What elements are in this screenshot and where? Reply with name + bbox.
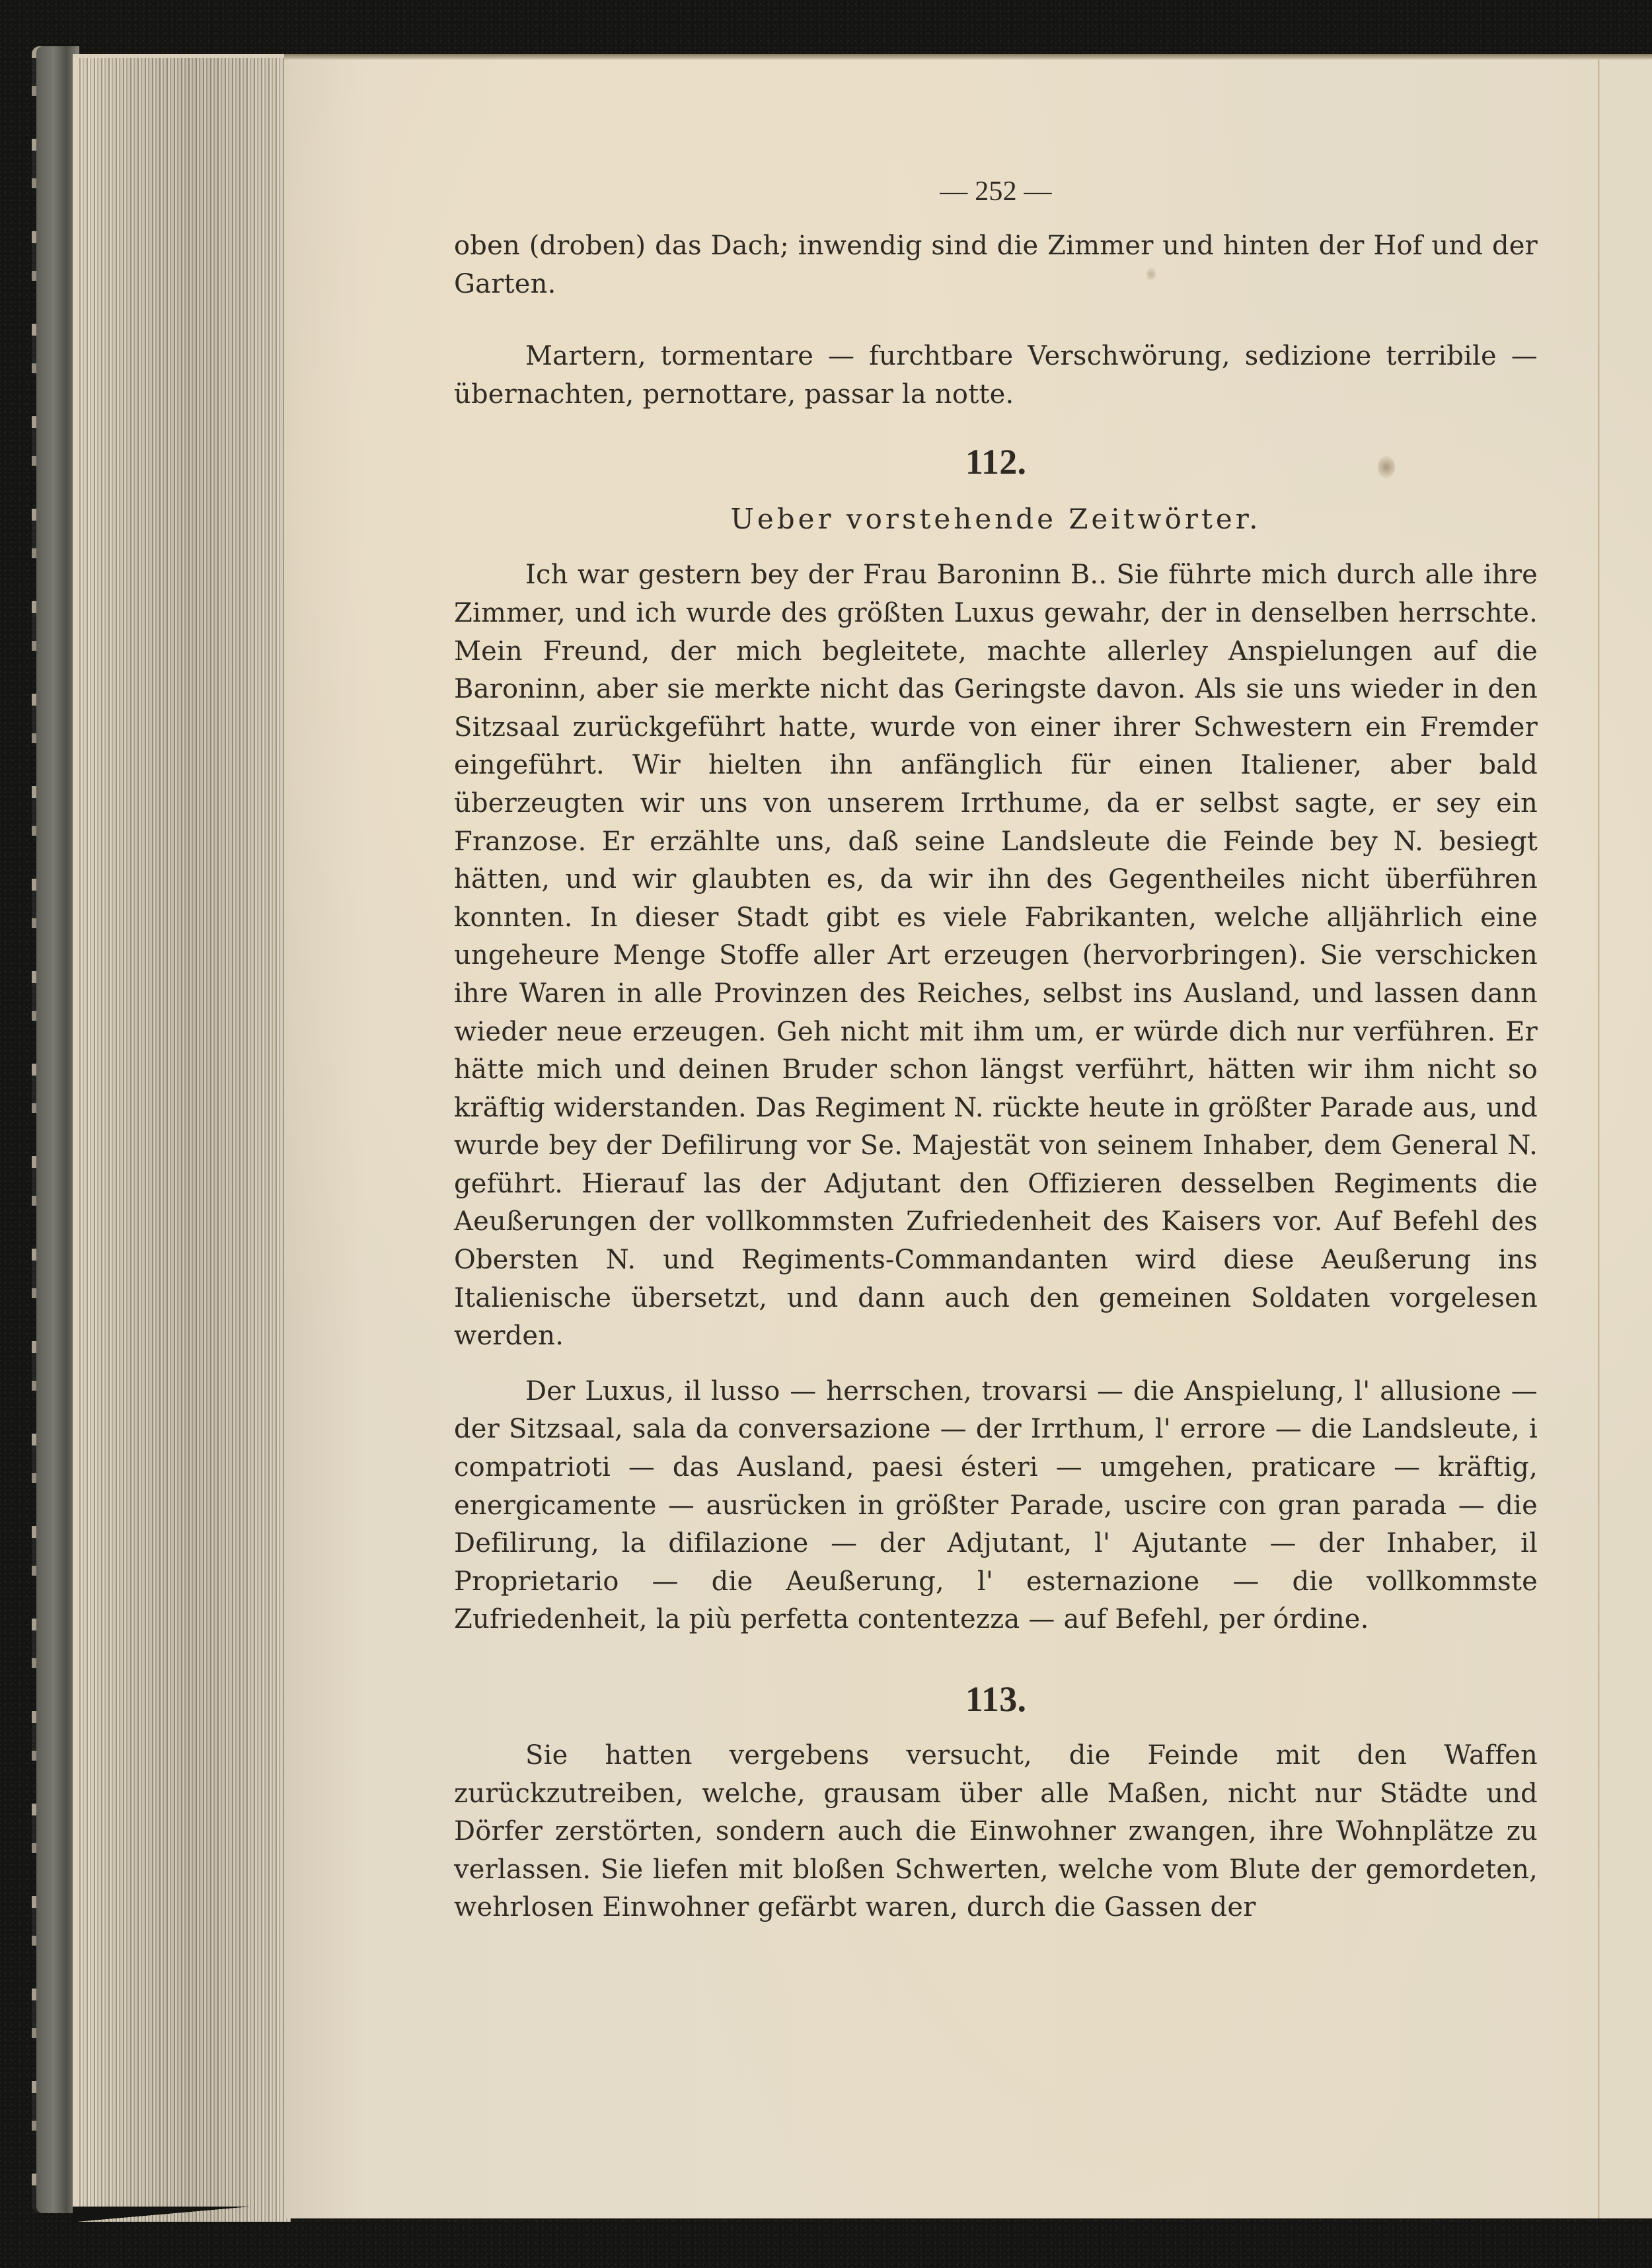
glossary-paragraph: Der Luxus, il lusso — herrschen, trovars… (454, 1373, 1538, 1639)
page-stack-edges (73, 54, 291, 2222)
section-number: 113. (454, 1676, 1538, 1722)
page-number: — 252 — (454, 172, 1538, 211)
section-112: 112. Ueber vorstehende Zeitwörter. Ich w… (454, 439, 1538, 1639)
paragraph-gap (454, 1356, 1538, 1373)
carryover-paragraph: oben (droben) das Dach; inwendig sind di… (454, 227, 1538, 303)
page-fold-crease (1598, 59, 1600, 2218)
page-text: — 252 — oben (droben) das Dach; inwendig… (454, 172, 1538, 1927)
section-number: 112. (454, 439, 1538, 485)
page-stack-bottom-shadow (73, 2207, 291, 2226)
vocabulary-paragraph: Martern, tormentare — furchtbare Verschw… (454, 338, 1538, 414)
section-113: 113. Sie hatten vergebens versucht, die … (454, 1676, 1538, 1927)
exercise-paragraph: Sie hatten vergebens versucht, die Feind… (454, 1737, 1538, 1927)
exercise-paragraph: Ich war gestern bey der Frau Baroninn B.… (454, 556, 1538, 1355)
section-title: Ueber vorstehende Zeitwörter. (454, 499, 1538, 539)
paragraph-gap (454, 303, 1538, 338)
